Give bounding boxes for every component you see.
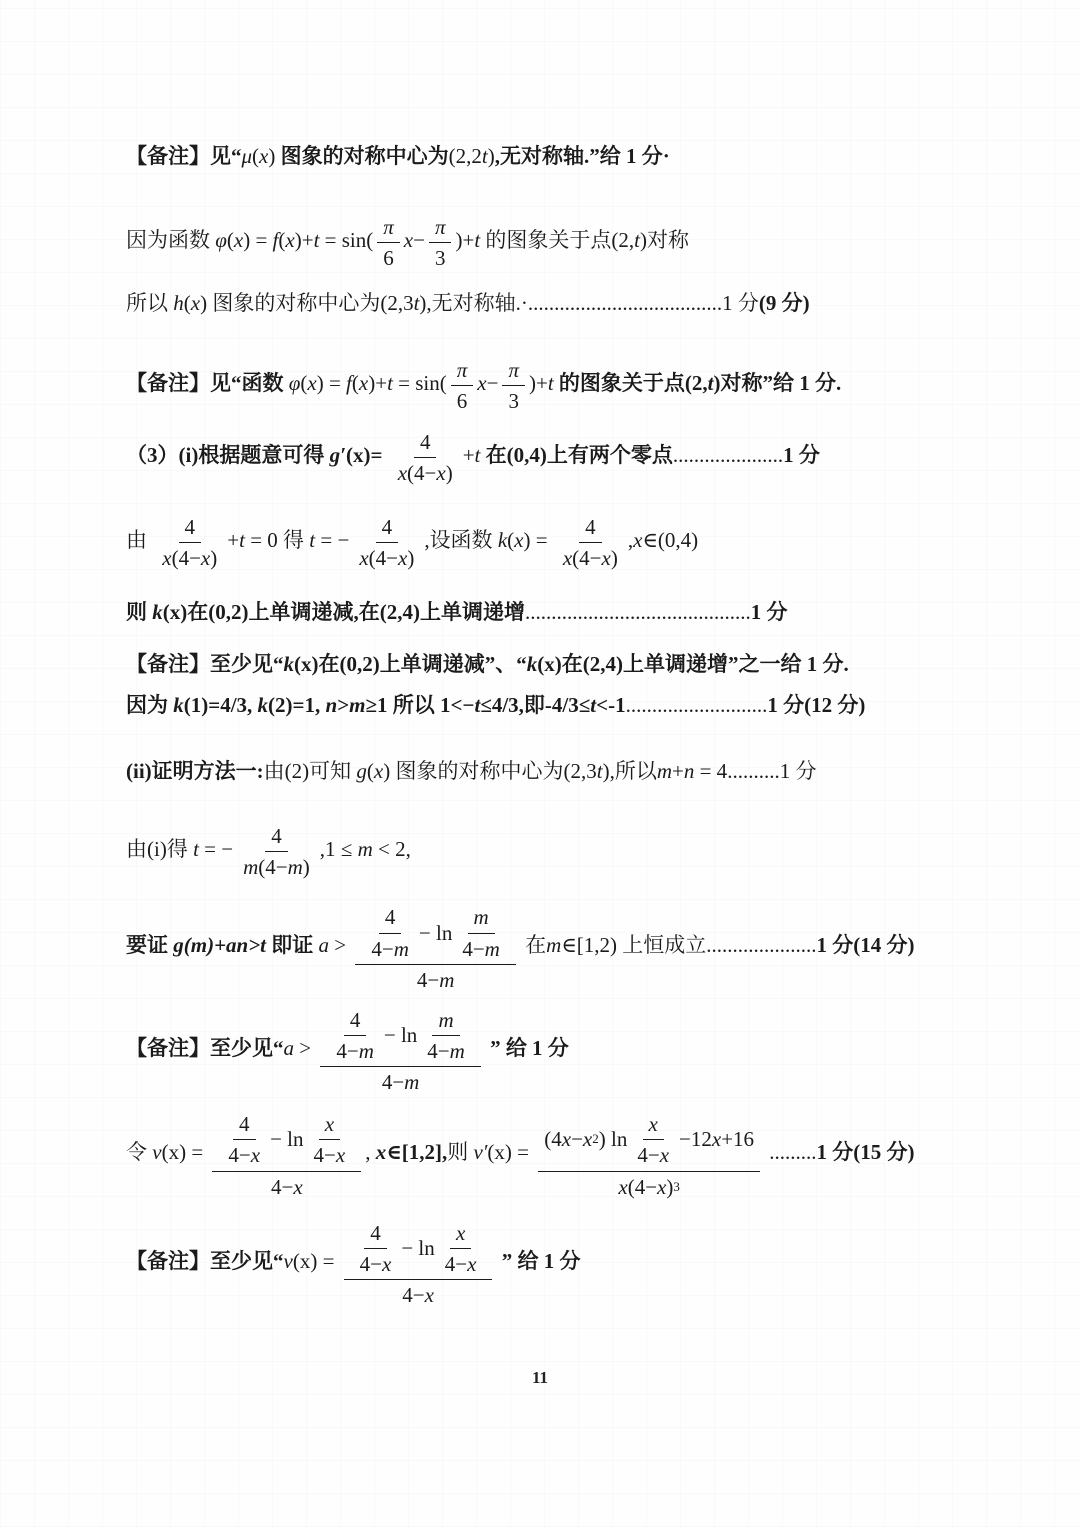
math-fraction: 44−x bbox=[354, 1220, 398, 1276]
text-run: m bbox=[474, 905, 489, 929]
text-run: ( bbox=[252, 144, 259, 168]
text-run: m bbox=[359, 1039, 374, 1063]
text-run: m bbox=[288, 855, 303, 879]
fraction-denominator: 3 bbox=[429, 243, 452, 270]
text-run: ......... bbox=[764, 1140, 817, 1164]
fraction-denominator: 4−m bbox=[421, 1036, 471, 1063]
text-run: 1 分(14 分) bbox=[817, 933, 915, 957]
fraction-denominator: x(4−x) bbox=[156, 543, 223, 570]
text-run: 4− bbox=[314, 1143, 336, 1167]
text-run: ........................... bbox=[626, 693, 768, 717]
text-run: (4− bbox=[172, 546, 201, 570]
text-run: 由(2)可知 bbox=[264, 759, 357, 783]
fraction-denominator: 4−m bbox=[365, 934, 415, 961]
text-run: ........................................… bbox=[525, 600, 751, 624]
text-run: v bbox=[284, 1249, 293, 1273]
remark-phi-symmetry: 【备注】见“函数 φ(x) = f(x)+t = sin(π6x−π3)+t 的… bbox=[126, 357, 1056, 413]
math-fraction: π3 bbox=[429, 214, 452, 270]
text-run: ..................................... bbox=[528, 291, 722, 315]
text-run: > bbox=[337, 693, 349, 717]
text-run: x bbox=[293, 1175, 302, 1199]
text-run: x bbox=[336, 1143, 345, 1167]
math-fraction: 4x(4−x) bbox=[392, 429, 459, 485]
text-run: 4 bbox=[350, 1008, 361, 1032]
remark-vx-definition: 【备注】至少见“v(x) = 44−x − ln x4−x4−x ” 给 1 分 bbox=[126, 1219, 1056, 1307]
text-run: 即证 bbox=[266, 933, 319, 957]
text-run: ) bbox=[407, 546, 414, 570]
text-run: 4 bbox=[271, 824, 282, 848]
text-run: (x) = bbox=[162, 1140, 209, 1164]
text-run: x bbox=[382, 1252, 391, 1276]
text-run: 4 bbox=[370, 1221, 381, 1245]
text-run: x bbox=[359, 546, 368, 570]
text-run: 【备注】见“ bbox=[126, 144, 242, 168]
text-run: g bbox=[356, 759, 367, 783]
text-run: m bbox=[485, 937, 500, 961]
fraction-numerator: 4 bbox=[579, 514, 602, 543]
text-run: x bbox=[657, 1175, 666, 1199]
text-run: )+ bbox=[455, 228, 474, 252]
text-run: m bbox=[358, 837, 373, 861]
text-run: 1 分(15 分) bbox=[817, 1140, 915, 1164]
text-run: (x)在(0,2)上单调递减,在(2,4)上单调递增 bbox=[163, 600, 525, 624]
fraction-numerator: π bbox=[429, 214, 452, 243]
text-run: 4− bbox=[427, 1039, 449, 1063]
text-run: m bbox=[243, 855, 258, 879]
text-run: 4− bbox=[637, 1143, 659, 1167]
text-run: )+ bbox=[295, 228, 314, 252]
page-number: 11 bbox=[0, 1368, 1080, 1388]
text-run: − bbox=[413, 228, 425, 252]
text-run: h bbox=[173, 291, 184, 315]
math-fraction: x4−x bbox=[631, 1111, 675, 1167]
text-run: ” 给 1 分 bbox=[496, 1249, 580, 1273]
text-run: m bbox=[349, 693, 365, 717]
fraction-denominator: m(4−m) bbox=[237, 852, 316, 879]
text-run: x bbox=[425, 1283, 434, 1307]
text-run: v′ bbox=[473, 1140, 487, 1164]
text-run: x bbox=[191, 291, 200, 315]
text-run: ..................... bbox=[673, 443, 783, 467]
fraction-denominator: 4−m bbox=[456, 934, 506, 961]
text-run: > bbox=[294, 1036, 316, 1060]
text-run: (x) = bbox=[293, 1249, 340, 1273]
text-run: ≥1 所以 1<− bbox=[366, 693, 475, 717]
text-run: )对称 bbox=[640, 228, 689, 252]
text-run: 【备注】至少见“ bbox=[126, 652, 284, 676]
to-prove-inequality: 要证 g(m)+an>t 即证 a > 44−m − ln m4−m4−m 在m… bbox=[126, 903, 1056, 991]
text-run: 令 bbox=[126, 1140, 152, 1164]
text-run: π bbox=[457, 358, 468, 382]
text-run: 4 bbox=[585, 515, 596, 539]
text-run: (4− bbox=[369, 546, 398, 570]
math-fraction: 4x(4−x) bbox=[156, 514, 223, 570]
text-run: 由 bbox=[126, 527, 152, 551]
fraction-numerator: π bbox=[502, 357, 525, 386]
fraction-denominator: 4−m bbox=[411, 965, 461, 992]
text-run: x bbox=[398, 546, 407, 570]
math-fraction: 44−m − ln m4−m4−m bbox=[320, 1006, 480, 1094]
math-fraction: x4−x bbox=[308, 1111, 352, 1167]
text-run: 1 分 bbox=[751, 600, 788, 624]
fraction-numerator: 4 bbox=[265, 823, 288, 852]
text-run: 4− bbox=[382, 1070, 404, 1094]
text-run: m bbox=[394, 937, 409, 961]
text-run: 要证 bbox=[126, 933, 173, 957]
text-run: 【备注】至少见“ bbox=[126, 1036, 284, 1060]
text-run: ) bbox=[666, 1175, 673, 1199]
text-run: (4− bbox=[628, 1175, 657, 1199]
fraction-denominator: x(4−x)3 bbox=[612, 1172, 686, 1199]
content-lines: 【备注】见“μ(x) 图象的对称中心为(2,2t),无对称轴.”给 1 分·因为… bbox=[0, 0, 1056, 1307]
text-run: < 2, bbox=[373, 837, 411, 861]
fraction-denominator: 3 bbox=[502, 386, 525, 413]
text-run: 由(i)得 bbox=[126, 837, 193, 861]
from-i-t-expression: 由(i)得 t = −4m(4−m),1 ≤ m < 2, bbox=[126, 823, 1056, 879]
text-run: k bbox=[527, 652, 538, 676]
solve-t-define-kx: 由 4x(4−x)+t = 0 得 t = −4x(4−x),设函数 k(x) … bbox=[126, 514, 1056, 570]
fraction-denominator: 6 bbox=[377, 243, 400, 270]
text-run: x bbox=[467, 1252, 476, 1276]
text-run: 图象的对称中心为 bbox=[281, 144, 449, 168]
text-run: ≤4/3,即-4/3≤ bbox=[480, 693, 590, 717]
text-run: 【备注】至少见“ bbox=[126, 1249, 284, 1273]
text-run: ) bbox=[488, 144, 495, 168]
text-run: m bbox=[546, 933, 561, 957]
fraction-numerator: m bbox=[432, 1007, 459, 1036]
text-run: 4 bbox=[420, 430, 431, 454]
text-run: 4− bbox=[402, 1283, 424, 1307]
part-ii-proof-method-one: (ii)证明方法一:由(2)可知 g(x) 图象的对称中心为(2,3t),所以m… bbox=[126, 757, 1056, 785]
text-run: x bbox=[456, 1221, 465, 1245]
text-run: ) = bbox=[243, 228, 272, 252]
text-run: ( bbox=[352, 371, 359, 395]
text-run: (4 bbox=[544, 1127, 562, 1151]
text-run: − ln bbox=[270, 1127, 303, 1151]
text-run: 4 bbox=[239, 1112, 250, 1136]
text-run: − ln bbox=[419, 921, 452, 945]
fraction-denominator: 4−x bbox=[308, 1140, 352, 1167]
text-run: ,无对称轴.”给 1 分· bbox=[495, 144, 670, 168]
text-run: x bbox=[376, 1140, 387, 1164]
text-run: ) = bbox=[317, 371, 346, 395]
text-run: ) bbox=[446, 461, 453, 485]
fraction-denominator: x(4−x) bbox=[557, 543, 624, 570]
text-run: 则 bbox=[126, 600, 152, 624]
text-run: m bbox=[439, 968, 454, 992]
fraction-denominator: 4−x bbox=[396, 1280, 440, 1307]
so-hx-symmetry-center: 所以 h(x) 图象的对称中心为(2,3t),无对称轴.·...........… bbox=[126, 289, 1056, 317]
text-run: x bbox=[234, 228, 243, 252]
text-run: , bbox=[365, 1140, 376, 1164]
fraction-numerator: 44−x − ln x4−x bbox=[212, 1110, 361, 1171]
part3-i-derivative-zeros: （3）(i)根据题意可得 g′(x)= 4x(4−x)+t 在(0,4)上有两个… bbox=[126, 429, 1056, 485]
fraction-denominator: 4−m bbox=[376, 1067, 426, 1094]
text-run: 1 分(12 分) bbox=[767, 693, 865, 717]
fraction-numerator: 44−m − ln m4−m bbox=[320, 1006, 480, 1067]
fraction-denominator: 4−x bbox=[439, 1249, 483, 1276]
text-run: φ bbox=[215, 228, 227, 252]
text-run: n bbox=[326, 693, 338, 717]
text-run: (2,2 bbox=[449, 144, 482, 168]
text-run: − ln bbox=[401, 1236, 434, 1260]
text-run: (x) = bbox=[487, 1140, 534, 1164]
text-run: π bbox=[508, 358, 519, 382]
text-run: + bbox=[227, 527, 239, 551]
text-run: 在 bbox=[520, 933, 546, 957]
text-run: ) bbox=[268, 144, 280, 168]
fraction-numerator: 4 bbox=[376, 514, 399, 543]
text-run: = − bbox=[315, 527, 349, 551]
text-run: 1 分 bbox=[780, 759, 817, 783]
text-run: 4 bbox=[185, 515, 196, 539]
text-run: π bbox=[383, 215, 394, 239]
kx-monotonicity: 则 k(x)在(0,2)上单调递减,在(2,4)上单调递增...........… bbox=[126, 598, 1056, 626]
text-run: k bbox=[173, 693, 184, 717]
fraction-denominator: x(4−x) bbox=[392, 458, 459, 485]
text-run: 因为 bbox=[126, 693, 173, 717]
math-fraction: 44−m − ln m4−m4−m bbox=[355, 903, 515, 991]
math-fraction: x4−x bbox=[439, 1220, 483, 1276]
text-run: x bbox=[618, 1175, 627, 1199]
text-run: g(m)+an>t bbox=[173, 933, 266, 957]
document-page: 【备注】见“μ(x) 图象的对称中心为(2,2t),无对称轴.”给 1 分·因为… bbox=[0, 0, 1080, 1527]
math-fraction: 4m(4−m) bbox=[237, 823, 316, 879]
text-run: x bbox=[436, 461, 445, 485]
text-run: .......... bbox=[727, 759, 780, 783]
text-run: m bbox=[438, 1008, 453, 1032]
text-run: ) = bbox=[523, 527, 552, 551]
text-run: φ bbox=[289, 371, 301, 395]
text-run: k bbox=[284, 652, 295, 676]
text-run: x bbox=[201, 546, 210, 570]
text-run: ) bbox=[303, 855, 310, 879]
text-run: .................... bbox=[712, 933, 817, 957]
text-run: ( bbox=[184, 291, 191, 315]
text-run: (x)= bbox=[346, 443, 388, 467]
fraction-numerator: 4 bbox=[364, 1220, 387, 1249]
fraction-numerator: (4x−x2) ln x4−x −12x+16 bbox=[538, 1110, 760, 1171]
text-run: (9 分) bbox=[759, 291, 810, 315]
text-run: k bbox=[498, 527, 507, 551]
text-run: 在(0,4)上有两个零点 bbox=[480, 443, 673, 467]
text-run: = 0 得 bbox=[245, 527, 309, 551]
math-fraction: m4−m bbox=[421, 1007, 471, 1063]
text-run: 4− bbox=[271, 1175, 293, 1199]
text-run: )+ bbox=[368, 371, 387, 395]
fraction-numerator: x bbox=[319, 1111, 340, 1140]
text-run: x bbox=[649, 1112, 658, 1136]
math-fraction: π6 bbox=[377, 214, 400, 270]
text-run: k bbox=[258, 693, 269, 717]
text-run: k bbox=[152, 600, 163, 624]
text-run: )对称”给 1 分. bbox=[714, 371, 842, 395]
text-run: 1 分 bbox=[722, 291, 759, 315]
text-run: 4 bbox=[382, 515, 393, 539]
text-run: x bbox=[562, 1127, 571, 1151]
text-run: − bbox=[571, 1127, 583, 1151]
text-run: 因为函数 bbox=[126, 228, 215, 252]
text-run: (1)=4/3, bbox=[184, 693, 258, 717]
text-run: (ii)证明方法一: bbox=[126, 759, 264, 783]
text-run: x bbox=[285, 228, 294, 252]
math-fraction: 44−m bbox=[330, 1007, 380, 1063]
text-run: x bbox=[633, 527, 642, 551]
math-fraction: 44−m bbox=[365, 904, 415, 960]
text-run: x bbox=[601, 546, 610, 570]
text-run: )+ bbox=[529, 371, 548, 395]
text-run: ( bbox=[367, 759, 374, 783]
fraction-numerator: 44−x − ln x4−x bbox=[344, 1219, 493, 1280]
text-run: x bbox=[162, 546, 171, 570]
text-run: 4− bbox=[228, 1143, 250, 1167]
text-run: ∈(0,4) bbox=[642, 527, 698, 551]
text-run: − bbox=[487, 371, 499, 395]
math-fraction: m4−m bbox=[456, 904, 506, 960]
fraction-numerator: 4 bbox=[344, 1007, 367, 1036]
fraction-denominator: 4−x bbox=[354, 1249, 398, 1276]
text-run: 4− bbox=[336, 1039, 358, 1063]
text-run: −12 bbox=[679, 1127, 712, 1151]
text-run: x bbox=[477, 371, 486, 395]
fraction-denominator: x(4−x) bbox=[353, 543, 420, 570]
text-run: （3）(i)根据题意可得 bbox=[126, 443, 330, 467]
fraction-numerator: π bbox=[451, 357, 474, 386]
math-fraction: π3 bbox=[502, 357, 525, 413]
text-run: = sin( bbox=[319, 228, 373, 252]
text-run: ) 图象的对称中心为(2,3 bbox=[383, 759, 597, 783]
text-run: 6 bbox=[457, 389, 468, 413]
text-run: ) 图象的对称中心为(2,3 bbox=[200, 291, 414, 315]
remark-mu-symmetry-center: 【备注】见“μ(x) 图象的对称中心为(2,2t),无对称轴.”给 1 分· bbox=[126, 142, 1056, 170]
text-run: ),无对称轴.· bbox=[419, 291, 528, 315]
text-run: 所以 bbox=[126, 291, 173, 315]
text-run: > bbox=[329, 933, 351, 957]
fraction-numerator: 4 bbox=[379, 904, 402, 933]
because-k-values-t-range: 因为 k(1)=4/3, k(2)=1, n>m≥1 所以 1<−t≤4/3,即… bbox=[126, 691, 1056, 719]
fraction-denominator: 4−x bbox=[222, 1140, 266, 1167]
text-run: 4− bbox=[417, 968, 439, 992]
text-run: n bbox=[684, 759, 695, 783]
because-phi-function: 因为函数 φ(x) = f(x)+t = sin(π6x−π3)+t 的图象关于… bbox=[126, 214, 1056, 270]
math-fraction: (4x−x2) ln x4−x −12x+16x(4−x)3 bbox=[538, 1110, 760, 1198]
math-fraction: π6 bbox=[451, 357, 474, 413]
text-run: x bbox=[398, 461, 407, 485]
text-run: = sin( bbox=[393, 371, 447, 395]
text-run: (x)在(2,4)上单调递增”之一给 1 分. bbox=[537, 652, 848, 676]
text-run: ,1 ≤ bbox=[320, 837, 358, 861]
fraction-numerator: m bbox=[468, 904, 495, 933]
text-run: μ bbox=[242, 144, 253, 168]
fraction-numerator: x bbox=[450, 1220, 471, 1249]
text-run: 则 bbox=[447, 1140, 473, 1164]
text-run: (2)=1, bbox=[268, 693, 325, 717]
text-run: (4− bbox=[407, 461, 436, 485]
text-run: x bbox=[374, 759, 383, 783]
math-fraction: 44−x − ln x4−x4−x bbox=[212, 1110, 361, 1198]
text-run: (x)在(0,2)上单调递减”、“ bbox=[294, 652, 527, 676]
text-run: ) bbox=[210, 546, 217, 570]
text-run: x bbox=[307, 371, 316, 395]
text-run: = 4 bbox=[694, 759, 727, 783]
fraction-numerator: 44−m − ln m4−m bbox=[355, 903, 515, 964]
math-fraction: 4x(4−x) bbox=[557, 514, 624, 570]
fraction-denominator: 4−x bbox=[265, 1172, 309, 1199]
text-run: x bbox=[404, 228, 413, 252]
fraction-numerator: π bbox=[377, 214, 400, 243]
text-run: x bbox=[251, 1143, 260, 1167]
text-run: a bbox=[284, 1036, 295, 1060]
text-run: (4− bbox=[258, 855, 287, 879]
text-run: x bbox=[259, 144, 268, 168]
text-run: v bbox=[152, 1140, 161, 1164]
fraction-numerator: x bbox=[643, 1111, 664, 1140]
fraction-numerator: 4 bbox=[179, 514, 202, 543]
math-fraction: 44−x − ln x4−x4−x bbox=[344, 1219, 493, 1307]
text-run: ,设函数 bbox=[424, 527, 498, 551]
text-run: 1 分 bbox=[783, 443, 820, 467]
text-run: x bbox=[660, 1143, 669, 1167]
text-run: ∈[1,2], bbox=[386, 1140, 447, 1164]
text-run: ) bbox=[611, 546, 618, 570]
text-run: + bbox=[672, 759, 684, 783]
text-run: 4− bbox=[360, 1252, 382, 1276]
text-run: 【备注】见“函数 bbox=[126, 371, 289, 395]
text-run: = − bbox=[199, 837, 233, 861]
fraction-denominator: 4−m bbox=[330, 1036, 380, 1063]
text-run: a bbox=[319, 933, 330, 957]
text-run: m bbox=[404, 1070, 419, 1094]
remark-a-inequality: 【备注】至少见“a > 44−m − ln m4−m4−m ” 给 1 分 bbox=[126, 1006, 1056, 1094]
math-fraction: 44−x bbox=[222, 1111, 266, 1167]
text-run: x bbox=[359, 371, 368, 395]
define-vx-and-derivative: 令 v(x) = 44−x − ln x4−x4−x, x∈[1,2],则 v′… bbox=[126, 1110, 1056, 1198]
text-run: 3 bbox=[435, 246, 446, 270]
text-run: 4− bbox=[371, 937, 393, 961]
text-run: ),所以 bbox=[603, 759, 657, 783]
text-run: ” 给 1 分 bbox=[485, 1036, 569, 1060]
text-run: x bbox=[583, 1127, 592, 1151]
fraction-denominator: 4−x bbox=[631, 1140, 675, 1167]
text-run: x bbox=[325, 1112, 334, 1136]
text-run: g′ bbox=[330, 443, 346, 467]
text-run: (4− bbox=[572, 546, 601, 570]
text-run: 6 bbox=[383, 246, 394, 270]
text-run: m bbox=[450, 1039, 465, 1063]
text-run: 的图象关于点(2, bbox=[480, 228, 634, 252]
text-run: + bbox=[463, 443, 475, 467]
text-run: 4− bbox=[462, 937, 484, 961]
text-run: 3 bbox=[508, 389, 519, 413]
fraction-numerator: 4 bbox=[233, 1111, 256, 1140]
text-run: ( bbox=[227, 228, 234, 252]
text-run: 4− bbox=[445, 1252, 467, 1276]
text-run: − ln bbox=[384, 1023, 417, 1047]
text-run: π bbox=[435, 215, 446, 239]
text-run: +16 bbox=[721, 1127, 754, 1151]
text-run: ∈[1,2) 上恒成立. bbox=[561, 933, 711, 957]
text-run: ) ln bbox=[599, 1127, 628, 1151]
fraction-numerator: 4 bbox=[414, 429, 437, 458]
fraction-denominator: 6 bbox=[451, 386, 474, 413]
text-run: 的图象关于点(2, bbox=[554, 371, 708, 395]
text-run: 4 bbox=[385, 905, 396, 929]
text-run: m bbox=[657, 759, 672, 783]
text-run: <-1 bbox=[596, 693, 625, 717]
text-run: x bbox=[712, 1127, 721, 1151]
remark-kx-monotonicity: 【备注】至少见“k(x)在(0,2)上单调递减”、“k(x)在(2,4)上单调递… bbox=[126, 650, 1056, 678]
text-run: x bbox=[563, 546, 572, 570]
